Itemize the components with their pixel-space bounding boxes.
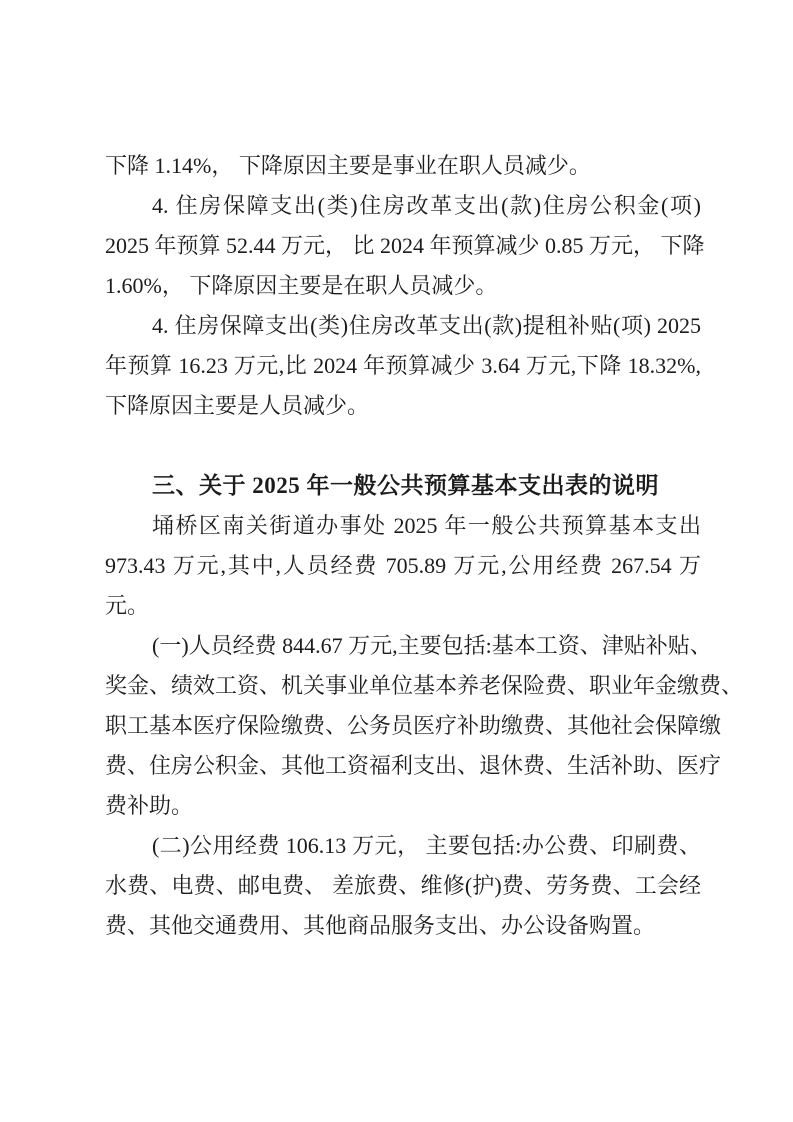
text-line: 年预算 16.23 万元,比 2024 年预算减少 3.64 万元,下降 18.… bbox=[105, 346, 701, 386]
document-content: 下降 1.14%， 下降原因主要是事业在职人员减少。4. 住房保障支出(类)住房… bbox=[105, 146, 701, 946]
text-line: (二)公用经费 106.13 万元， 主要包括:办公费、印刷费、 bbox=[105, 826, 701, 866]
text-line: 埇桥区南关街道办事处 2025 年一般公共预算基本支出 bbox=[105, 506, 701, 546]
text-line: 奖金、绩效工资、机关事业单位基本养老保险费、职业年金缴费、 bbox=[105, 666, 701, 706]
text-line: 费、其他交通费用、其他商品服务支出、办公设备购置。 bbox=[105, 906, 701, 946]
text-line: 费补助。 bbox=[105, 786, 701, 826]
text-line: 水费、电费、邮电费、 差旅费、维修(护)费、劳务费、工会经 bbox=[105, 866, 701, 906]
paragraph-housing-provident-fund: 4. 住房保障支出(类)住房改革支出(款)住房公积金(项)2025 年预算 52… bbox=[105, 186, 701, 306]
section-heading-basic-expenditure: 三、关于 2025 年一般公共预算基本支出表的说明 bbox=[105, 466, 701, 506]
text-line: 三、关于 2025 年一般公共预算基本支出表的说明 bbox=[105, 466, 701, 506]
text-line: 职工基本医疗保险缴费、公务员医疗补助缴费、其他社会保障缴 bbox=[105, 706, 701, 746]
text-line: 下降 1.14%， 下降原因主要是事业在职人员减少。 bbox=[105, 146, 701, 186]
text-line: 元。 bbox=[105, 586, 701, 626]
text-line: 4. 住房保障支出(类)住房改革支出(款)住房公积金(项) bbox=[105, 186, 701, 226]
paragraph-basic-expenditure-summary: 埇桥区南关街道办事处 2025 年一般公共预算基本支出973.43 万元,其中,… bbox=[105, 506, 701, 626]
text-line: 下降原因主要是人员减少。 bbox=[105, 386, 701, 426]
text-line: 费、住房公积金、其他工资福利支出、退休费、生活补助、医疗 bbox=[105, 746, 701, 786]
paragraph-personnel-funds: (一)人员经费 844.67 万元,主要包括:基本工资、津贴补贴、奖金、绩效工资… bbox=[105, 626, 701, 826]
paragraph-rent-subsidy: 4. 住房保障支出(类)住房改革支出(款)提租补贴(项) 2025年预算 16.… bbox=[105, 306, 701, 426]
paragraph-continuation-decrease: 下降 1.14%， 下降原因主要是事业在职人员减少。 bbox=[105, 146, 701, 186]
paragraph-public-funds: (二)公用经费 106.13 万元， 主要包括:办公费、印刷费、水费、电费、邮电… bbox=[105, 826, 701, 946]
text-line: 2025 年预算 52.44 万元， 比 2024 年预算减少 0.85 万元，… bbox=[105, 226, 701, 266]
text-line: 973.43 万元,其中,人员经费 705.89 万元,公用经费 267.54 … bbox=[105, 546, 701, 586]
text-line: 4. 住房保障支出(类)住房改革支出(款)提租补贴(项) 2025 bbox=[105, 306, 701, 346]
text-line: 1.60%， 下降原因主要是在职人员减少。 bbox=[105, 266, 701, 306]
document-page: 下降 1.14%， 下降原因主要是事业在职人员减少。4. 住房保障支出(类)住房… bbox=[0, 0, 793, 1122]
text-line: (一)人员经费 844.67 万元,主要包括:基本工资、津贴补贴、 bbox=[105, 626, 701, 666]
